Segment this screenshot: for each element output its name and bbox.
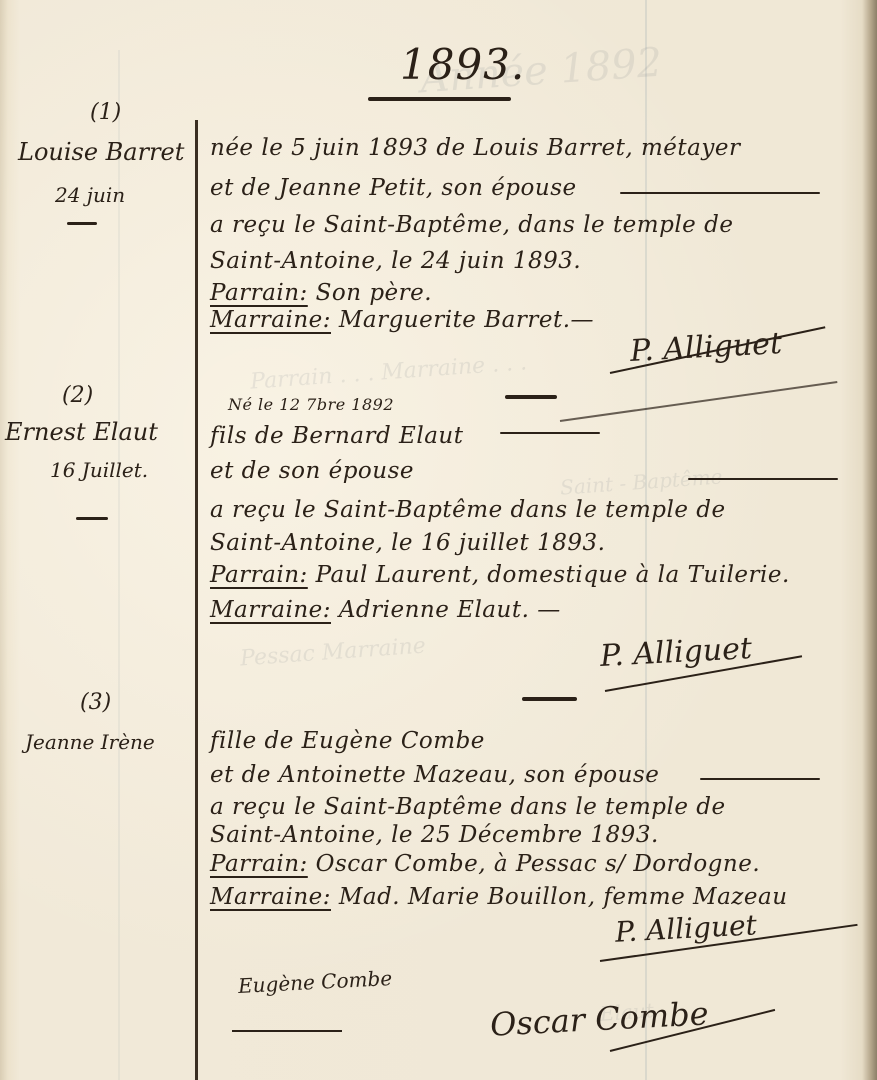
godmother-line: Marraine: Adrienne Elaut. — bbox=[210, 597, 561, 623]
blank-fill-stroke bbox=[500, 432, 600, 434]
godfather-label: Parrain: bbox=[210, 280, 308, 306]
godfather-line: Parrain: Oscar Combe, à Pessac s/ Dordog… bbox=[210, 851, 760, 877]
entry-line: fille de Eugène Combe bbox=[210, 728, 485, 754]
godfather-name: Paul Laurent, domestique à la Tuilerie. bbox=[316, 562, 790, 588]
entry-line: née le 5 juin 1893 de Louis Barret, méta… bbox=[210, 135, 740, 161]
godmother-label: Marraine: bbox=[210, 884, 331, 910]
godfather-line: Parrain: Paul Laurent, domestique à la T… bbox=[210, 562, 790, 588]
godfather-label: Parrain: bbox=[210, 562, 308, 588]
blank-fill-stroke bbox=[620, 192, 820, 194]
witness-signature-flourish bbox=[232, 1030, 342, 1032]
godmother-name: Marguerite Barret.— bbox=[339, 307, 594, 333]
blank-fill-stroke bbox=[700, 778, 820, 780]
witness-signature-eugene-combe: Eugène Combe bbox=[237, 966, 392, 998]
entry-separator bbox=[522, 697, 577, 701]
entry-line: Saint-Antoine, le 16 juillet 1893. bbox=[210, 530, 605, 556]
godfather-label: Parrain: bbox=[210, 851, 308, 877]
entry-line: et de Antoinette Mazeau, son épouse bbox=[210, 762, 659, 788]
entry-number: (2) bbox=[62, 383, 93, 408]
entry-line: Saint-Antoine, le 25 Décembre 1893. bbox=[210, 822, 659, 848]
godmother-label: Marraine: bbox=[210, 597, 331, 623]
year-underline bbox=[368, 97, 511, 101]
entry-separator bbox=[505, 395, 557, 399]
margin-child-name: Louise Barret bbox=[18, 138, 184, 166]
page-year: 1893. bbox=[400, 40, 525, 89]
bleed-through-text: Parrain . . . Marraine . . . bbox=[249, 350, 527, 394]
birth-date-insertion: Né le 12 7bre 1892 bbox=[228, 395, 394, 414]
godfather-name: Oscar Combe, à Pessac s/ Dordogne. bbox=[316, 851, 761, 877]
witness-signature-oscar-combe: Oscar Combe bbox=[489, 994, 709, 1043]
entry-line: a reçu le Saint-Baptême dans le temple d… bbox=[210, 497, 726, 523]
godmother-line: Marraine: Marguerite Barret.— bbox=[210, 307, 594, 333]
insertion-stroke bbox=[560, 381, 838, 422]
margin-child-name: Ernest Elaut bbox=[5, 418, 158, 446]
godfather-name: Son père. bbox=[316, 280, 432, 306]
entry-line: fils de Bernard Elaut bbox=[210, 423, 463, 449]
bleed-through-text: Pessac Marraine bbox=[239, 634, 426, 672]
godmother-line: Marraine: Mad. Marie Bouillon, femme Maz… bbox=[210, 884, 788, 910]
entry-line: Saint-Antoine, le 24 juin 1893. bbox=[210, 248, 581, 274]
margin-baptism-date: 24 juin bbox=[55, 183, 125, 207]
register-page: Année 1892 Parrain . . . Marraine . . . … bbox=[0, 0, 877, 1080]
godmother-name: Adrienne Elaut. — bbox=[339, 597, 561, 623]
godfather-line: Parrain: Son père. bbox=[210, 280, 432, 306]
entry-number: (1) bbox=[90, 100, 121, 125]
blank-fill-stroke bbox=[688, 478, 838, 480]
godmother-name: Mad. Marie Bouillon, femme Mazeau bbox=[339, 884, 788, 910]
margin-dash bbox=[76, 517, 108, 520]
margin-baptism-date: 16 Juillet. bbox=[50, 458, 148, 482]
godmother-label: Marraine: bbox=[210, 307, 331, 333]
margin-child-name: Jeanne Irène bbox=[25, 730, 155, 754]
margin-rule bbox=[195, 120, 198, 1080]
entry-line: a reçu le Saint-Baptême, dans le temple … bbox=[210, 212, 733, 238]
entry-line: a reçu le Saint-Baptême dans le temple d… bbox=[210, 794, 726, 820]
entry-number: (3) bbox=[80, 690, 111, 715]
bleed-through-text: Saint - Baptême bbox=[559, 464, 723, 499]
margin-dash bbox=[67, 222, 97, 225]
entry-line: et de Jeanne Petit, son épouse bbox=[210, 175, 577, 201]
entry-line: et de son épouse bbox=[210, 458, 414, 484]
